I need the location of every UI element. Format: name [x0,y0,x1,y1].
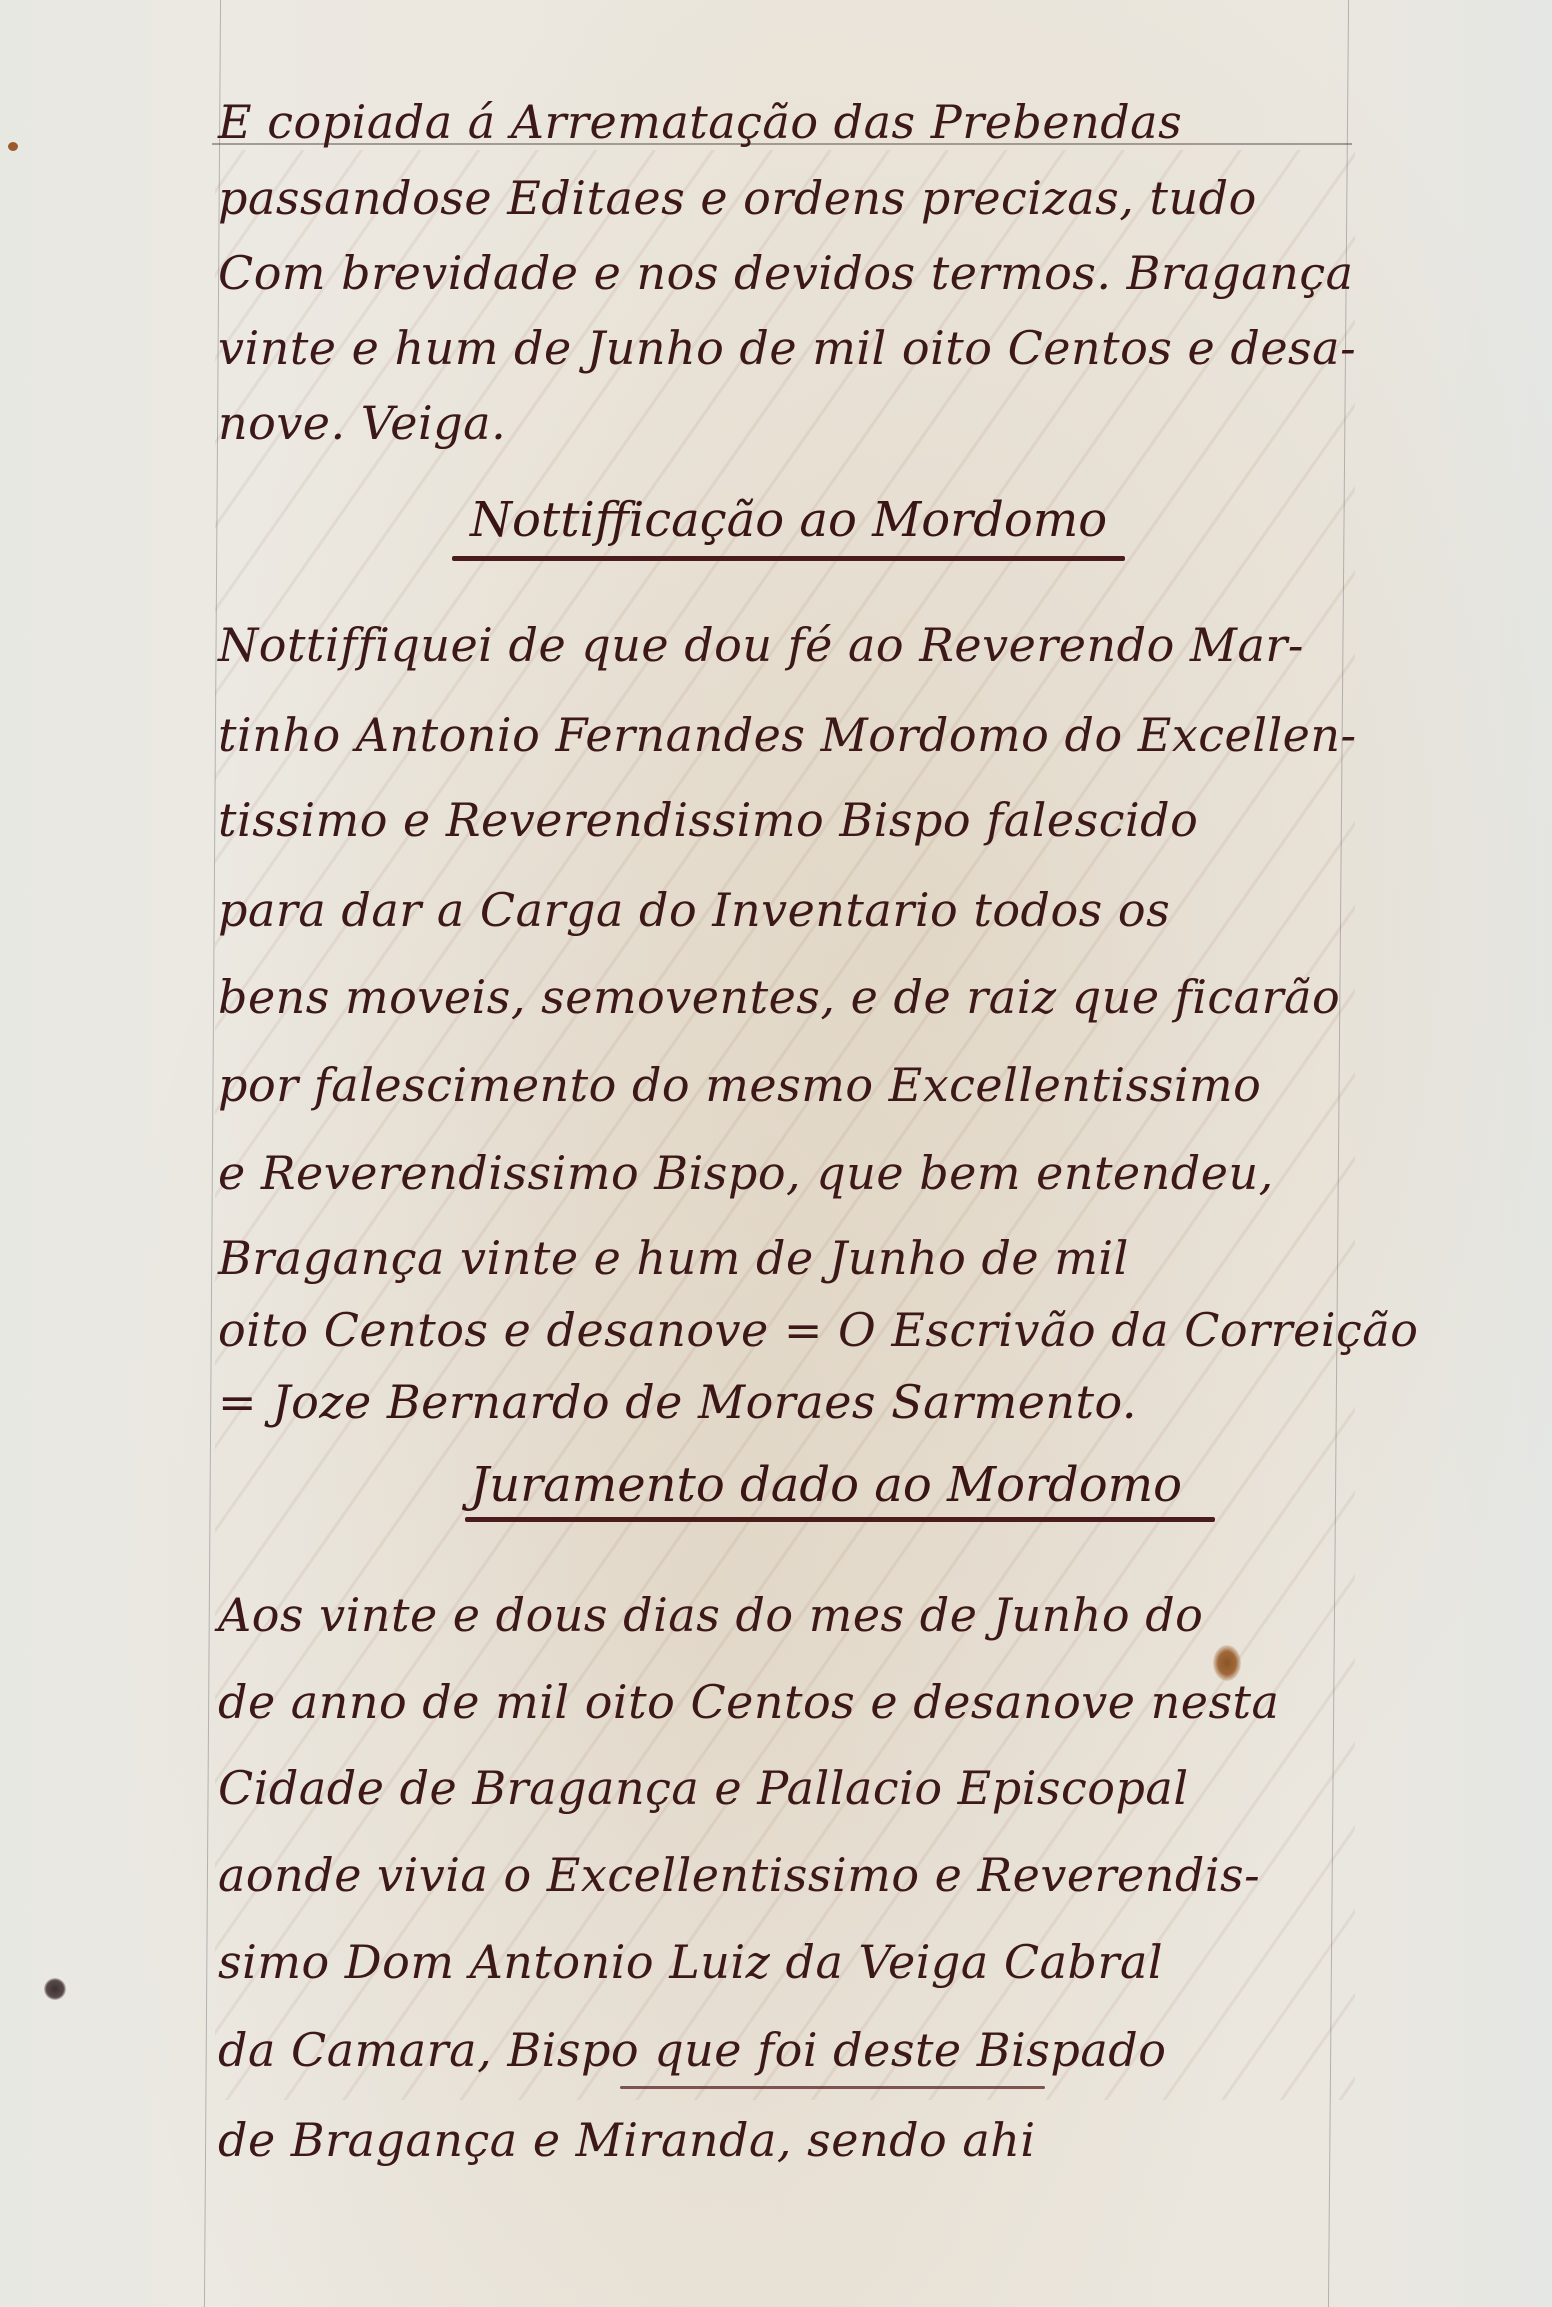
text-line: E copiada á Arrematação das Prebendas [218,92,1358,152]
text-line: para dar a Carga do Inventario todos os [218,880,1358,940]
heading-underline [465,1517,1215,1522]
text-line: passandose Editaes e ordens precizas, tu… [218,168,1358,228]
text-line: Com brevidade e nos devidos termos. Brag… [218,243,1358,303]
text-line: nove. Veiga. [218,393,1358,453]
text-line: Nottiffiquei de que dou fé ao Reverendo … [218,615,1358,675]
inline-underline [620,2086,1045,2089]
section-heading-notification: Nottifficação ao Mordomo [470,490,1107,550]
text-line: de anno de mil oito Centos e desanove ne… [218,1672,1358,1732]
text-line: Cidade de Bragança e Pallacio Episcopal [218,1758,1358,1818]
text-line: da Camara, Bispo que foi deste Bispado [218,2020,1358,2080]
heading-underline [452,556,1125,561]
text-line: simo Dom Antonio Luiz da Veiga Cabral [218,1932,1358,1992]
text-line: bens moveis, semoventes, e de raiz que f… [218,967,1358,1027]
text-line: Bragança vinte e hum de Junho de mil [218,1228,1358,1288]
text-line: tinho Antonio Fernandes Mordomo do Excel… [218,705,1358,765]
text-line: e Reverendissimo Bispo, que bem entendeu… [218,1143,1358,1203]
text-line: vinte e hum de Junho de mil oito Centos … [218,318,1358,378]
ink-spot-left-bottom [44,1978,66,2000]
signature-line: = Joze Bernardo de Moraes Sarmento. [218,1372,1358,1432]
text-line: aonde vivia o Excellentissimo e Reverend… [218,1845,1358,1905]
text-line: por falescimento do mesmo Excellentissim… [218,1055,1358,1115]
section-heading-oath: Juramento dado ao Mordomo [470,1455,1182,1515]
text-line: tissimo e Reverendissimo Bispo falescido [218,790,1358,850]
text-line: oito Centos e desanove = O Escrivão da C… [218,1300,1358,1360]
text-line: de Bragança e Miranda, sendo ahi [218,2110,1358,2170]
text-line: Aos vinte e dous dias do mes de Junho do [218,1585,1358,1645]
ink-spot-left-top [8,142,18,151]
